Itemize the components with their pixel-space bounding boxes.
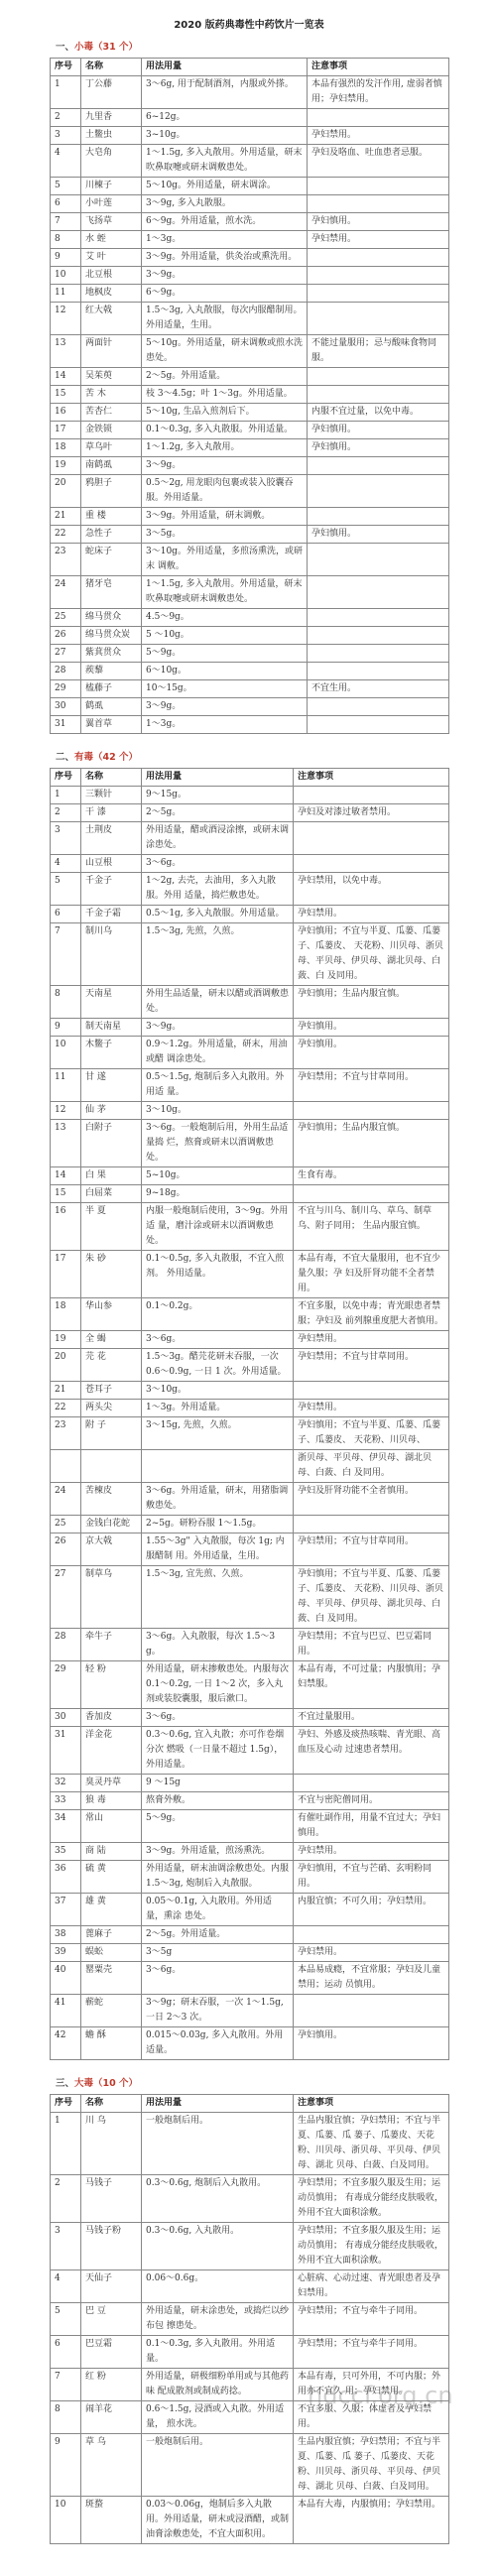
table-row: 13两面针5～10g。外用适量，研末调敷或煎水洗患处。不能过量服用；忌与酸味食物…: [51, 335, 449, 368]
cell-index: 4: [51, 2270, 81, 2303]
table-row: 38蓖麻子2～5g。外用适量。: [51, 1926, 449, 1944]
cell-name: 南鹤虱: [81, 457, 142, 475]
cell-name: 白屈菜: [81, 1185, 142, 1203]
cell-notes: 孕妇慎用。: [308, 422, 449, 439]
section-prefix: 一、: [56, 42, 74, 53]
table-row: 37雄 黄0.05～0.1g, 入丸散用。外用适量，熏涂 患处。内服宜慎；不可久…: [51, 1894, 449, 1926]
table-row: 2马钱子0.3～0.6g, 炮制后入丸散用。孕妇禁用；不宜多服久服及生用；运动员…: [51, 2175, 449, 2223]
cell-notes: [308, 386, 449, 404]
cell-notes: 不宜与密陀僧同用。: [294, 1792, 449, 1810]
table-row: 22两头尖1～3g。外用适量。孕妇禁用。: [51, 1400, 449, 1417]
cell-name: 蓖麻子: [81, 1926, 142, 1944]
cell-index: 30: [51, 1709, 81, 1727]
cell-index: 7: [51, 2369, 81, 2401]
cell-notes: [308, 698, 449, 716]
table-row: 3土荆皮外用适量，醋或酒浸涂擦，或研末调 涂患处。: [51, 822, 449, 855]
cell-usage: 3～6g。入丸散服，每次 1.5～3g。: [142, 1629, 294, 1661]
cell-usage: 0.5～1g, 多入丸散服。外用适量。: [142, 906, 294, 923]
cell-notes: [308, 576, 449, 609]
cell-usage: 1.5～3g, 先煎，久煎。: [142, 923, 294, 986]
cell-usage: 6~12g。: [142, 109, 308, 127]
table-row: 5川楝子5～10g。外用适量，研末调涂。: [51, 178, 449, 195]
table-row: 20芫 花1.5～3g。醋芫花研末吞服，一次 0.6～0.9g, 一日 1 次。…: [51, 1349, 449, 1382]
cell-index: 3: [51, 127, 81, 145]
cell-name: 鹤虱: [81, 698, 142, 716]
cell-usage: 3～6g。一般炮制后用，外用生品适量捣 烂，熬膏或研末以酒调敷患处。: [142, 1120, 294, 1167]
cell-notes: [294, 1516, 449, 1533]
cell-index: 1: [51, 76, 81, 109]
cell-usage: 5～9g。: [142, 645, 308, 663]
table-row: 41蕲蛇3～9g；研末吞服，一次 1～1.5g, 一日 2～3 次。: [51, 1995, 449, 2027]
cell-name: 三颗针: [81, 787, 142, 804]
cell-name: 硫 黄: [81, 1861, 142, 1894]
cell-index: 39: [51, 1944, 81, 1962]
cell-name: 牵牛子: [81, 1629, 142, 1661]
table-row: 39蜈蚣3～5g孕妇禁用。: [51, 1944, 449, 1962]
cell-name: 雄 黄: [81, 1894, 142, 1926]
cell-index: 8: [51, 2401, 81, 2434]
cell-name: 两头尖: [81, 1400, 142, 1417]
cell-notes: [308, 109, 449, 127]
cell-usage: 外用适量，研极细粉单用或与其他药味 配成散剂或制成药捻。: [142, 2369, 294, 2401]
cell-usage: 0.015～0.03g, 多入丸散用。外用适量。: [142, 2027, 294, 2060]
cell-name: 金铁锁: [81, 422, 142, 439]
cell-usage: 9 ～15g: [142, 1775, 294, 1792]
cell-notes: 孕妇慎用。: [294, 2027, 449, 2060]
toxic-herb-table: 序号名称用法用量注意事项1川 乌一般炮制后用。生品内服宜慎；孕妇禁用；不宜与半夏…: [50, 2094, 449, 2544]
table-row: 16苦杏仁5～10g, 生品入煎剂后下。内服不宜过量，以免中毒。: [51, 404, 449, 422]
cell-name: 千金子霜: [81, 906, 142, 923]
cell-name: 翼首草: [81, 716, 142, 734]
cell-index: 10: [51, 267, 81, 285]
cell-notes: [308, 457, 449, 475]
cell-index: 23: [51, 1417, 81, 1450]
cell-notes: 孕妇禁用；不宜与甘草同用。: [294, 1533, 449, 1566]
cell-index: 2: [51, 804, 81, 822]
cell-index: 28: [51, 1629, 81, 1661]
cell-usage: 5～10g, 生品入煎剂后下。: [142, 404, 308, 422]
table-row: 12红大戟1.5～3g, 入丸散服，每次内服醋制用。外用适量，生用。: [51, 303, 449, 335]
cell-usage: 3～6g。: [142, 1709, 294, 1727]
cell-notes: 孕妇及咯血、吐血患者忌服。: [308, 145, 449, 178]
cell-index: 15: [51, 1185, 81, 1203]
cell-name: 蟾 酥: [81, 2027, 142, 2060]
toxic-herb-table: 序号名称用法用量注意事项1丁公藤3～6g, 用于配制酒剂，内服或外搽。本品有强烈…: [50, 58, 449, 734]
cell-notes: 孕妇禁用；不宜与甘草同用。: [294, 1349, 449, 1382]
cell-index: 27: [51, 645, 81, 663]
cell-usage: 3～9g。外用适量，煎汤熏洗。: [142, 1843, 294, 1861]
cell-name: 土鳖虫: [81, 127, 142, 145]
table-row: 32臭灵丹草9 ～15g: [51, 1775, 449, 1792]
cell-name: 白附子: [81, 1120, 142, 1167]
table-row: 15白屈菜9~18g。: [51, 1185, 449, 1203]
cell-usage: 6～9g。: [142, 285, 308, 303]
table-row: 7飞扬草6～9g。外用适量，煎水洗。孕妇慎用。: [51, 213, 449, 231]
table-row: 5千金子1～2g, 去壳，去油用，多入丸散服。外用 适量，捣烂敷患处。孕妇禁用，…: [51, 873, 449, 906]
cell-usage: 1～1.5g, 多入丸散用。外用适量，研末 吹鼻取嚏或研末调敷患处。: [142, 145, 308, 178]
table-row: 33狼 毒熬膏外敷。不宜与密陀僧同用。: [51, 1792, 449, 1810]
section-count: （42 个）: [93, 752, 138, 763]
cell-index: 36: [51, 1861, 81, 1894]
table-row: 34常山5～9g。有催吐副作用，用量不宜过大；孕妇慎用。: [51, 1810, 449, 1843]
cell-notes: [308, 627, 449, 645]
document: 2020 版药典毒性中药饮片一览表 一、小毒（31 个）序号名称用法用量注意事项…: [50, 18, 448, 2556]
cell-name: 小叶莲: [81, 195, 142, 213]
cell-index: 19: [51, 1331, 81, 1349]
cell-notes: 不宜过量服用。: [294, 1709, 449, 1727]
table-row: 18草乌叶1～1.2g, 多入丸散用。孕妇慎用。: [51, 439, 449, 457]
cell-index: 31: [51, 1727, 81, 1775]
cell-index: 8: [51, 986, 81, 1019]
cell-name: 红 粉: [81, 2369, 142, 2401]
cell-index: 25: [51, 609, 81, 627]
cell-notes: [294, 1185, 449, 1203]
cell-name: 山豆根: [81, 855, 142, 873]
cell-index: 42: [51, 2027, 81, 2060]
cell-notes: 孕妇禁用；不宜与牵牛子同用。: [294, 2336, 449, 2369]
cell-index: 27: [51, 1566, 81, 1629]
cell-index: 14: [51, 1167, 81, 1185]
cell-usage: 1.5～3g。醋芫花研末吞服，一次 0.6～0.9g, 一日 1 次。外用适量。: [142, 1349, 294, 1382]
cell-notes: 孕妇慎用。: [294, 1019, 449, 1037]
cell-notes: 孕妇禁用。: [294, 1843, 449, 1861]
cell-index: 22: [51, 1400, 81, 1417]
cell-name: 飞扬草: [81, 213, 142, 231]
cell-notes: 孕妇及对漆过敏者禁用。: [294, 804, 449, 822]
cell-notes: [308, 195, 449, 213]
cell-notes: [308, 544, 449, 576]
table-row: 10斑蝥0.03～0.06g，炮制后多入丸散用。外用适量，研末或浸酒醋，或制油膏…: [51, 2497, 449, 2544]
cell-usage: 0.6～1.5g, 浸酒或入丸散。外用适量， 煎水洗。: [142, 2401, 294, 2434]
cell-notes: 孕妇禁用；不宜与巴豆、巴豆霜同用。: [294, 1629, 449, 1661]
cell-name: 重 楼: [81, 508, 142, 526]
table-row: 14吴茱萸2～5g。外用适量。: [51, 368, 449, 386]
table-row: 11地枫皮6～9g。: [51, 285, 449, 303]
cell-name: 洋金花: [81, 1727, 142, 1775]
cell-name: 川楝子: [81, 178, 142, 195]
cell-usage: 熬膏外敷。: [142, 1792, 294, 1810]
header-index: 序号: [51, 769, 81, 787]
cell-index: 11: [51, 1069, 81, 1102]
cell-notes: 不宜生用。: [308, 680, 449, 698]
cell-index: 37: [51, 1894, 81, 1926]
table-row: 36硫 黄外用适量，研末油调涂敷患处。内服 1.5～3g, 炮制后入丸散服。孕妇…: [51, 1861, 449, 1894]
cell-notes: 孕妇慎用；生品内服宜慎。: [294, 1120, 449, 1167]
cell-usage: 9～15g。: [142, 787, 294, 804]
cell-name: 商 陆: [81, 1843, 142, 1861]
cell-name: 紫萁贯众: [81, 645, 142, 663]
cell-name: [81, 1450, 142, 1483]
cell-name: 九里香: [81, 109, 142, 127]
cell-index: 19: [51, 457, 81, 475]
cell-notes: 不宜多服，以免中毒；青光眼患者禁服；孕妇及 前列腺重度肥大者慎用。: [294, 1298, 449, 1331]
cell-name: 干 漆: [81, 804, 142, 822]
cell-index: 17: [51, 1251, 81, 1298]
cell-index: 29: [51, 1661, 81, 1709]
cell-usage: [142, 1450, 294, 1483]
cell-name: 巴豆霜: [81, 2336, 142, 2369]
cell-name: 北豆根: [81, 267, 142, 285]
table-row: 29轻 粉外用适量，研末掺敷患处。内服每次 0.1～0.2g, 一日 1～2 次…: [51, 1661, 449, 1709]
cell-index: 34: [51, 1810, 81, 1843]
cell-name: 蛇床子: [81, 544, 142, 576]
table-row: 8水 蛭1～3g。孕妇禁用。: [51, 231, 449, 249]
cell-index: [51, 1450, 81, 1483]
cell-notes: 孕妇慎用。: [308, 526, 449, 544]
cell-name: 蜈蚣: [81, 1944, 142, 1962]
cell-notes: [294, 1995, 449, 2027]
cell-usage: 0.03～0.06g，炮制后多入丸散用。外用适量，研末或浸酒醋，或制油膏涂敷患处…: [142, 2497, 294, 2544]
cell-name: 红大戟: [81, 303, 142, 335]
cell-name: 丁公藤: [81, 76, 142, 109]
header-name: 名称: [81, 769, 142, 787]
cell-usage: 一般炮制后用。: [142, 2434, 294, 2497]
document-title: 2020 版药典毒性中药饮片一览表: [50, 18, 448, 32]
cell-index: 12: [51, 1102, 81, 1120]
cell-notes: 孕妇慎用；不宜与半夏、瓜蒌、瓜蒌子、瓜蒌皮、 天花粉、川贝母、: [294, 1417, 449, 1450]
table-row: 6巴豆霜0.1～0.3g, 多入丸散用。外用适量。孕妇禁用；不宜与牵牛子同用。: [51, 2336, 449, 2369]
cell-index: 6: [51, 195, 81, 213]
cell-usage: 0.1～0.3g, 多入丸散用。外用适量。: [142, 2336, 294, 2369]
cell-usage: 0.3～0.6g, 炮制后入丸散用。: [142, 2175, 294, 2223]
table-row: 16半 夏内服一般炮制后使用，3～9g。外用适 量，磨汁涂或研末以酒调敷患处。不…: [51, 1203, 449, 1251]
cell-usage: 0.05～0.1g, 入丸散用。外用适量，熏涂 患处。: [142, 1894, 294, 1926]
cell-usage: 1.5～3g, 宜先煎、久煎。: [142, 1566, 294, 1629]
table-row: 8天南星外用生品适量，研末以醋或酒调敷患处。孕妇慎用；生品内服宜慎。: [51, 986, 449, 1019]
cell-name: 半 夏: [81, 1203, 142, 1251]
cell-notes: 孕妇禁用；不宜与牵牛子同用。: [294, 2303, 449, 2336]
cell-name: 急性子: [81, 526, 142, 544]
table-row: 1丁公藤3～6g, 用于配制酒剂，内服或外搽。本品有强烈的发汗作用, 虚弱者慎用…: [51, 76, 449, 109]
table-row: 12仙 茅3～10g。: [51, 1102, 449, 1120]
table-row: 25金钱白花蛇2~5g。研粉吞服 1～1.5g。: [51, 1516, 449, 1533]
table-header-row: 序号名称用法用量注意事项: [51, 2095, 449, 2113]
cell-name: 草乌叶: [81, 439, 142, 457]
cell-index: 5: [51, 873, 81, 906]
cell-index: 4: [51, 145, 81, 178]
cell-usage: 一般炮制后用。: [142, 2113, 294, 2175]
cell-usage: 1～2g, 去壳，去油用，多入丸散服。外用 适量，捣烂敷患处。: [142, 873, 294, 906]
section-heading: 三、大毒（10 个）: [56, 2076, 448, 2090]
cell-name: 吴茱萸: [81, 368, 142, 386]
cell-name: 蕲蛇: [81, 1995, 142, 2027]
cell-name: 附 子: [81, 1417, 142, 1450]
cell-usage: 3～6g, 用于配制酒剂，内服或外搽。: [142, 76, 308, 109]
cell-index: 16: [51, 1203, 81, 1251]
cell-index: 14: [51, 368, 81, 386]
cell-name: 土荆皮: [81, 822, 142, 855]
cell-index: 26: [51, 627, 81, 645]
table-row: 26绵马贯众炭5 ～10g。: [51, 627, 449, 645]
toxic-herb-table: 序号名称用法用量注意事项1三颗针9～15g。2干 漆2～5g。孕妇及对漆过敏者禁…: [50, 768, 449, 2060]
cell-usage: 3～6g。: [142, 1331, 294, 1349]
cell-name: 鸦胆子: [81, 475, 142, 508]
cell-notes: 本品有毒，不宜大量服用，也不宜少量久服；孕 妇及肝肾功能不全者禁用。: [294, 1251, 449, 1298]
cell-notes: 生品内服宜慎；孕妇禁用；不宜与半夏、瓜蒌、瓜 蒌子、瓜蒌皮、天花粉、川贝母、浙贝…: [294, 2113, 449, 2175]
section-grade: 大毒: [74, 2078, 93, 2089]
table-row: 5巴 豆外用适量，研末涂患处，或捣烂以纱布包 擦患处。孕妇禁用；不宜与牵牛子同用…: [51, 2303, 449, 2336]
cell-name: 水 蛭: [81, 231, 142, 249]
table-row: 7红 粉外用适量，研极细粉单用或与其他药味 配成散剂或制成药捻。本品有毒，只可外…: [51, 2369, 449, 2401]
header-notes: 注意事项: [308, 59, 449, 76]
cell-index: 29: [51, 680, 81, 698]
table-row: 31洋金花0.3～0.6g, 宜入丸散；亦可作卷烟分次 燃吸（一日量不超过 1.…: [51, 1727, 449, 1775]
cell-name: 斑蝥: [81, 2497, 142, 2544]
cell-index: 40: [51, 1962, 81, 1995]
table-row: 6小叶莲3～9g, 多入丸散服。: [51, 195, 449, 213]
table-row: 9艾 叶3～9g。外用适量，供灸治或熏洗用。: [51, 249, 449, 267]
cell-notes: [308, 303, 449, 335]
header-name: 名称: [81, 59, 142, 76]
section-spacer: [50, 734, 448, 746]
table-row: 28牵牛子3～6g。入丸散服，每次 1.5～3g。孕妇禁用；不宜与巴豆、巴豆霜同…: [51, 1629, 449, 1661]
table-row: 4天仙子0.06～0.6g。心脏病、心动过速、青光眼患者及孕妇禁用。: [51, 2270, 449, 2303]
cell-index: 1: [51, 2113, 81, 2175]
cell-index: 21: [51, 1382, 81, 1400]
cell-name: 轻 粉: [81, 1661, 142, 1709]
cell-notes: 孕妇禁用；不宜多服久服及生用；运动员慎用； 有毒成分能经皮肤吸收，外用不宜大面积…: [294, 2175, 449, 2223]
cell-name: 华山参: [81, 1298, 142, 1331]
cell-index: 7: [51, 213, 81, 231]
cell-notes: [294, 855, 449, 873]
cell-notes: 孕妇禁用。: [294, 1331, 449, 1349]
cell-index: 16: [51, 404, 81, 422]
cell-name: 千金子: [81, 873, 142, 906]
cell-name: 苦楝皮: [81, 1483, 142, 1516]
cell-notes: [308, 178, 449, 195]
cell-notes: 本品易成瘾，不宜常服；孕妇及儿童禁用；运动 员慎用。: [294, 1962, 449, 1995]
cell-index: 33: [51, 1792, 81, 1810]
cell-usage: 外用适量，研末涂患处，或捣烂以纱布包 擦患处。: [142, 2303, 294, 2336]
cell-index: 22: [51, 526, 81, 544]
cell-notes: 孕妇禁用。: [294, 1400, 449, 1417]
cell-index: 18: [51, 439, 81, 457]
table-row: 22急性子3～5g。孕妇慎用。: [51, 526, 449, 544]
cell-name: 绵马贯众: [81, 609, 142, 627]
table-row: 24猪牙皂1～1.5g, 多入丸散用。外用适量，研末 吹鼻取嚏或研末调敷患处。: [51, 576, 449, 609]
cell-notes: 孕妇慎用；不宜与半夏、瓜蒌、瓜蒌子、瓜蒌皮、 天花粉、川贝母、浙贝母、平贝母、伊…: [294, 923, 449, 986]
table-row: 24苦楝皮3～6g。外用适量，研末，用猪脂调敷患处。孕妇及肝肾功能不全者慎用。: [51, 1483, 449, 1516]
cell-index: 10: [51, 2497, 81, 2544]
cell-index: 9: [51, 2434, 81, 2497]
table-row: 17金铁锁0.1～0.3g, 多入丸散服。外用适量。孕妇慎用。: [51, 422, 449, 439]
cell-notes: 孕妇慎用。: [308, 439, 449, 457]
cell-usage: 0.1～0.3g, 多入丸散服。外用适量。: [142, 422, 308, 439]
cell-index: 31: [51, 716, 81, 734]
cell-index: 30: [51, 698, 81, 716]
cell-name: 常山: [81, 1810, 142, 1843]
cell-notes: 心脏病、心动过速、青光眼患者及孕妇禁用。: [294, 2270, 449, 2303]
cell-usage: 1～3g。外用适量。: [142, 1400, 294, 1417]
cell-usage: 3～9g；研末吞服，一次 1～1.5g, 一日 2～3 次。: [142, 1995, 294, 2027]
cell-usage: 3～5g。: [142, 526, 308, 544]
cell-usage: 3~10g。: [142, 127, 308, 145]
cell-name: 金钱白花蛇: [81, 1516, 142, 1533]
cell-name: 仙 茅: [81, 1102, 142, 1120]
cell-usage: 0.3～0.6g, 入丸散用。: [142, 2223, 294, 2270]
cell-name: 甘 遂: [81, 1069, 142, 1102]
cell-usage: 4.5～9g。: [142, 609, 308, 627]
header-notes: 注意事项: [294, 2095, 449, 2113]
cell-notes: 孕妇禁用。: [294, 906, 449, 923]
cell-notes: 孕妇慎用，不宜与芒硝、玄明粉同用。: [294, 1861, 449, 1894]
table-row: 21苍耳子3～10g。: [51, 1382, 449, 1400]
cell-index: 9: [51, 249, 81, 267]
table-row: 4山豆根3～6g。: [51, 855, 449, 873]
cell-usage: 10～15g。: [142, 680, 308, 698]
cell-notes: 孕妇慎用。: [308, 213, 449, 231]
cell-notes: [308, 285, 449, 303]
cell-notes: 内服不宜过量，以免中毒。: [308, 404, 449, 422]
table-row: 3马钱子粉0.3～0.6g, 入丸散用。孕妇禁用；不宜多服久服及生用；运动员慎用…: [51, 2223, 449, 2270]
table-row: 19全 蝎3～6g。孕妇禁用。: [51, 1331, 449, 1349]
cell-usage: 5～9g。: [142, 1810, 294, 1843]
cell-usage: 外用生品适量，研末以醋或酒调敷患处。: [142, 986, 294, 1019]
cell-index: 4: [51, 855, 81, 873]
header-notes: 注意事项: [294, 769, 449, 787]
cell-index: 2: [51, 2175, 81, 2223]
cell-index: 21: [51, 508, 81, 526]
section-prefix: 三、: [56, 2078, 74, 2089]
cell-name: 制草乌: [81, 1566, 142, 1629]
cell-name: 罂粟壳: [81, 1962, 142, 1995]
cell-index: 10: [51, 1037, 81, 1069]
cell-name: 芫 花: [81, 1349, 142, 1382]
cell-name: 苍耳子: [81, 1382, 142, 1400]
cell-notes: 孕妇禁用；不宜与甘草同用。: [294, 1069, 449, 1102]
cell-index: 1: [51, 787, 81, 804]
table-row: 28蒺藜6～10g。: [51, 663, 449, 680]
cell-usage: 内服一般炮制后使用，3～9g。外用适 量，磨汁涂或研末以酒调敷患处。: [142, 1203, 294, 1251]
table-row: 17朱 砂0.1～0.5g, 多入丸散服，不宜入煎剂。 外用适量。本品有毒，不宜…: [51, 1251, 449, 1298]
cell-notes: [308, 663, 449, 680]
cell-name: 京大戟: [81, 1533, 142, 1566]
cell-name: 闹羊花: [81, 2401, 142, 2434]
sections-container: 一、小毒（31 个）序号名称用法用量注意事项1丁公藤3～6g, 用于配制酒剂，内…: [50, 40, 448, 2556]
table-row: 27制草乌1.5～3g, 宜先煎、久煎。孕妇慎用；不宜与半夏、瓜蒌、瓜蒌子、瓜蒌…: [51, 1566, 449, 1629]
cell-index: 3: [51, 2223, 81, 2270]
cell-usage: 1～1.2g, 多入丸散用。: [142, 439, 308, 457]
cell-notes: [308, 609, 449, 627]
cell-usage: 0.5～2g, 用龙眼肉包裹或装入胶囊吞 服。外用适量。: [142, 475, 308, 508]
cell-name: 马钱子粉: [81, 2223, 142, 2270]
cell-notes: 本品有毒，不可过量；内服慎用；孕妇禁服。: [294, 1661, 449, 1709]
cell-name: 大皂角: [81, 145, 142, 178]
table-row: 25绵马贯众4.5～9g。: [51, 609, 449, 627]
cell-index: 7: [51, 923, 81, 986]
table-row: 浙贝母、平贝母、伊贝母、湖北贝母、白蔹、白 及同用。: [51, 1450, 449, 1483]
cell-index: 25: [51, 1516, 81, 1533]
cell-usage: 1～1.5g, 多入丸散用。外用适量，研末 吹鼻取嚏或研末调敷患处。: [142, 576, 308, 609]
cell-index: 32: [51, 1775, 81, 1792]
table-row: 1三颗针9～15g。: [51, 787, 449, 804]
table-row: 1川 乌一般炮制后用。生品内服宜慎；孕妇禁用；不宜与半夏、瓜蒌、瓜 蒌子、瓜蒌皮…: [51, 2113, 449, 2175]
cell-usage: 3～9g。: [142, 698, 308, 716]
table-row: 35商 陆3～9g。外用适量，煎汤熏洗。孕妇禁用。: [51, 1843, 449, 1861]
table-row: 14白 果5~10g。生食有毒。: [51, 1167, 449, 1185]
cell-index: 5: [51, 178, 81, 195]
cell-name: 天仙子: [81, 2270, 142, 2303]
section-count: （10 个）: [93, 2078, 138, 2089]
cell-usage: 3～10g。: [142, 1382, 294, 1400]
cell-notes: 有催吐副作用，用量不宜过大；孕妇慎用。: [294, 1810, 449, 1843]
table-row: 19南鹤虱3～9g。: [51, 457, 449, 475]
cell-usage: 6～10g。: [142, 663, 308, 680]
table-row: 10北豆根3～9g。: [51, 267, 449, 285]
cell-usage: 2～5g。外用适量。: [142, 368, 308, 386]
cell-name: 马钱子: [81, 2175, 142, 2223]
cell-index: 24: [51, 576, 81, 609]
